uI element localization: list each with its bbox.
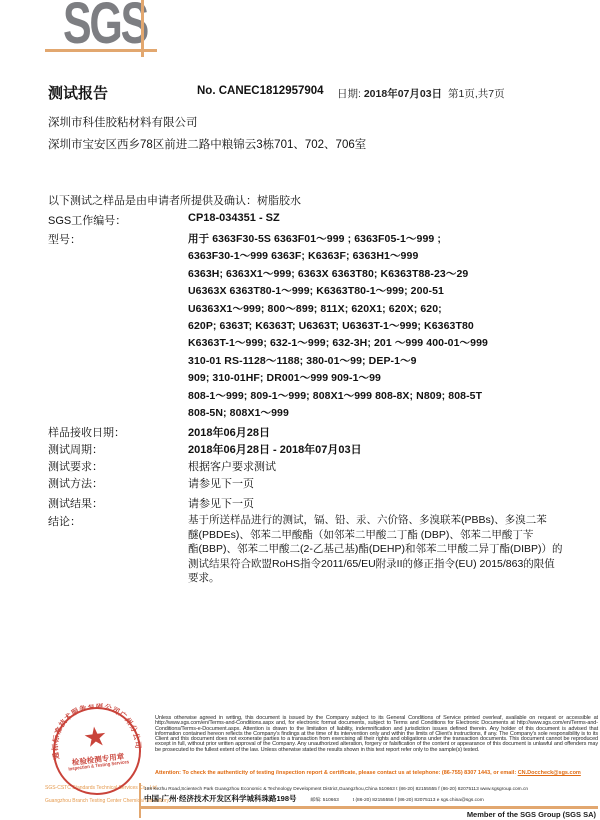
field-row-test-requested: 测试要求： 根据客户要求测试 (48, 458, 573, 475)
field-row-job-number: SGS工作编号： CP18-034351 - SZ (48, 212, 573, 230)
address-english: 198 Kezhu Road,Scientech Park Guangzhou … (144, 787, 596, 792)
field-row-conclusion: 结论： 基于所送样品进行的测试，镉、铅、汞、六价铬、多溴联苯(PBBs)、多溴二… (48, 513, 573, 586)
page-indicator: 第1页,共7页 (448, 86, 505, 101)
address-chinese-row: 中国·广州·经济技术开发区科学城科珠路198号 邮编: 510663 t (86… (144, 793, 596, 805)
field-row-test-method: 测试方法： 请参见下一页 (48, 475, 573, 492)
report-number: No. CANEC1812957904 (197, 85, 324, 97)
field-value: 请参见下一页 (188, 475, 573, 491)
date-label: 日期: (337, 88, 361, 100)
sgs-logo: SGS (63, 0, 147, 54)
inspection-stamp: 通标标准技术服务有限公司广州分公司 ★ 检验检测专用章 Inspection &… (45, 699, 150, 804)
footer-rule (139, 806, 598, 809)
report-header: 测试报告 No. CANEC1812957904 日期: 2018年07月03日… (0, 82, 600, 102)
field-label: SGS工作编号： (48, 212, 188, 228)
test-report-page: SGS 测试报告 No. CANEC1812957904 日期: 2018年07… (0, 0, 600, 820)
field-value: CP18-034351 - SZ (188, 212, 573, 224)
field-row-model: 型号： 用于 6363F30-5S 6363F01～999 ; 6363F05-… (48, 231, 573, 422)
applicant-address: 深圳市宝安区西乡78区前进二路中粮锦云3栋701、702、706室 (48, 134, 366, 156)
sgs-membership-note: Member of the SGS Group (SGS SA) (467, 810, 596, 819)
report-title: 测试报告 (48, 82, 108, 103)
report-date: 日期: 2018年07月03日 (337, 86, 442, 101)
doccheck-email: CN.Doccheck@sgs.com (518, 770, 581, 776)
applicant-block: 深圳市科佳胶粘材料有限公司 深圳市宝安区西乡78区前进二路中粮锦云3栋701、7… (48, 112, 366, 156)
model-number-list: 用于 6363F30-5S 6363F01～999 ; 6363F05-1～99… (188, 231, 573, 422)
field-label: 样品接收日期： (48, 424, 188, 440)
attention-note: Attention: To check the authenticity of … (155, 771, 598, 777)
field-row-testing-period: 测试周期： 2018年06月28日 - 2018年07月03日 (48, 441, 573, 458)
report-body: 以下测试之样品是由申请者所提供及确认：树脂胶水 SGS工作编号： CP18-03… (48, 192, 573, 586)
field-value: 请参见下一页 (188, 495, 573, 511)
address-chinese-contact: t (86-20) 82155555 f (86-20) 82075113 e … (353, 798, 484, 803)
field-label: 测试方法： (48, 475, 188, 491)
field-label: 测试周期： (48, 441, 188, 457)
disclaimer-text: Unless otherwise agreed in writing, this… (155, 716, 598, 753)
field-label: 型号： (48, 231, 188, 247)
field-label: 结论： (48, 513, 188, 529)
applicant-company: 深圳市科佳胶粘材料有限公司 (48, 112, 366, 134)
field-value: 2018年06月28日 - 2018年07月03日 (188, 441, 573, 457)
field-row-sample-received: 样品接收日期： 2018年06月28日 (48, 424, 573, 441)
conclusion-text: 基于所送样品进行的测试，镉、铅、汞、六价铬、多溴联苯(PBBs)、多溴二苯醚(P… (188, 513, 573, 586)
field-value: 2018年06月28日 (188, 424, 573, 440)
address-chinese: 中国·广州·经济技术开发区科学城科珠路198号 (144, 793, 297, 804)
logo-vertical-line (141, 0, 144, 57)
field-label: 测试要求： (48, 458, 188, 474)
attention-text: Attention: To check the authenticity of … (155, 770, 518, 776)
field-label: 测试结果： (48, 495, 188, 511)
field-row-test-result: 测试结果： 请参见下一页 (48, 495, 573, 512)
sample-statement: 以下测试之样品是由申请者所提供及确认：树脂胶水 (48, 192, 573, 208)
date-value: 2018年07月03日 (364, 88, 442, 100)
field-value: 根据客户要求测试 (188, 458, 573, 474)
postcode: 邮编: 510663 (311, 796, 339, 803)
